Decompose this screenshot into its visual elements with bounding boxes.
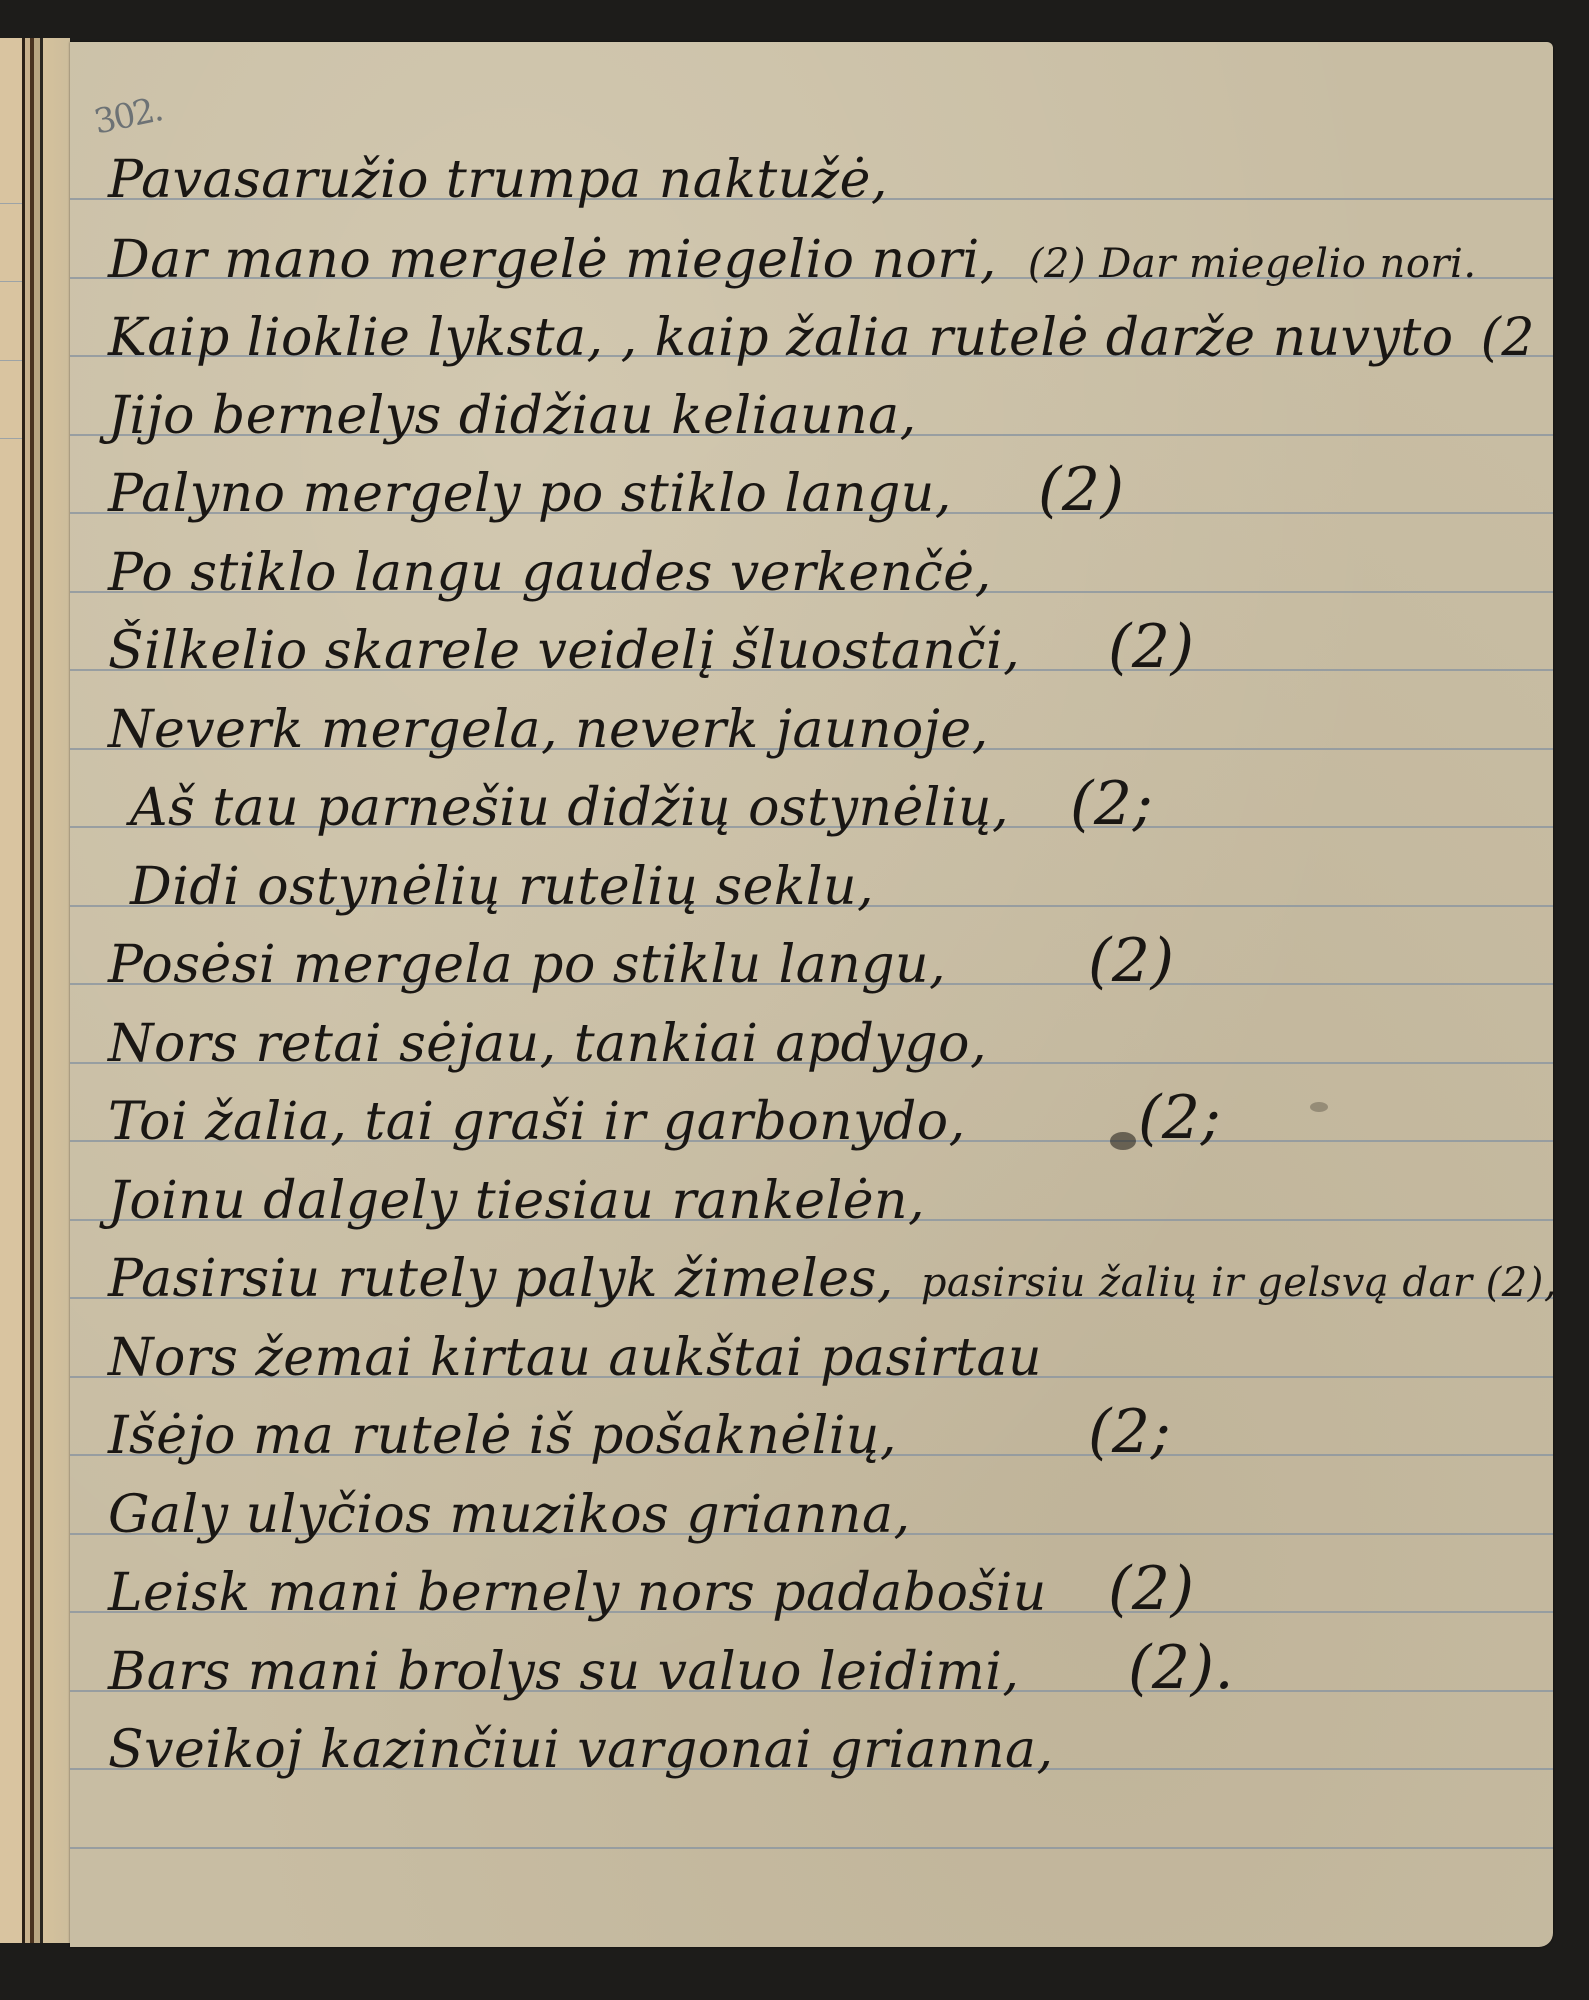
verse-line: Išėjo ma rutelė iš pošaknėlių, (2; xyxy=(108,1410,1208,1462)
verse-line: Pavasaružio trumpa naktužė, xyxy=(108,154,888,206)
verse-line: Jijo bernelys didžiau keliauna, xyxy=(108,390,917,442)
verse-line: Nors žemai kirtau aukštai pasirtau xyxy=(108,1332,1042,1384)
verse-text: Dar mano mergelė miegelio nori, xyxy=(108,230,997,290)
verse-line: Neverk mergela, neverk jaunoje, xyxy=(108,704,989,756)
verse-line: Palyno mergely po stiklo langu, (2) xyxy=(108,468,1208,520)
refrain-mark: (2; xyxy=(1070,774,1153,834)
refrain-mark: (2). xyxy=(1128,1638,1234,1698)
verse-text: Leisk mani bernely nors padabošiu xyxy=(108,1563,1047,1623)
verse-line: Joinu dalgely tiesiau rankelėn, xyxy=(108,1175,925,1227)
refrain-mark: (2; xyxy=(1088,1402,1171,1462)
rule-line xyxy=(70,1847,1553,1849)
refrain-mark: (2) xyxy=(1088,931,1175,991)
verse-text: Nors retai sėjau, tankiai apdygo, xyxy=(108,1014,987,1074)
verse-text: Galy ulyčios muzikos grianna, xyxy=(108,1485,911,1545)
refrain-mark: (2) Dar miegelio nori. xyxy=(1028,241,1477,287)
refrain-mark: pasirsiu žalių ir gelsvą dar (2), xyxy=(921,1260,1557,1306)
ink-smudge xyxy=(1110,1132,1136,1150)
ink-smudge xyxy=(1310,1102,1328,1112)
verse-text: Palyno mergely po stiklo langu, xyxy=(108,464,952,524)
verse-line: Posėsi mergela po stiklu langu, (2) xyxy=(108,939,1208,991)
verse-line: Leisk mani bernely nors padabošiu (2) xyxy=(108,1567,1208,1619)
verse-line: Po stiklo langu gaudes verkenčė, xyxy=(108,547,992,599)
facing-rule-line xyxy=(0,281,22,282)
verse-text: Bars mani brolys su valuo leidimi, xyxy=(108,1642,1019,1702)
verse-line: Toi žalia, tai graši ir garbonydo, (2; xyxy=(108,1096,1208,1148)
refrain-mark: (2) xyxy=(1108,617,1195,677)
verse-line: Galy ulyčios muzikos grianna, xyxy=(108,1489,911,1541)
verse-line: Pasirsiu rutely palyk žimeles, pasirsiu … xyxy=(108,1253,1557,1305)
verse-line: Nors retai sėjau, tankiai apdygo, xyxy=(108,1018,987,1070)
verse-text: Didi ostynėlių rutelių seklu, xyxy=(130,857,874,917)
verse-text: Nors žemai kirtau aukštai pasirtau xyxy=(108,1328,1042,1388)
verse-text: Sveikoj kazinčiui vargonai grianna, xyxy=(108,1720,1054,1780)
verse-text: Išėjo ma rutelė iš pošaknėlių, xyxy=(108,1406,897,1466)
refrain-mark: (2) xyxy=(1108,1559,1195,1619)
verse-text: Šilkelio skarele veidelį šluostanči, xyxy=(108,621,1020,681)
verse-text: Aš tau parnešiu didžių ostynėlių, xyxy=(130,778,1009,838)
verse-text: Toi žalia, tai graši ir garbonydo, xyxy=(108,1092,966,1152)
facing-rule-line xyxy=(0,360,22,361)
verse-line: Kaip lioklie lyksta, , kaip žalia rutelė… xyxy=(108,312,1535,364)
verse-text: Jijo bernelys didžiau keliauna, xyxy=(108,386,917,446)
verse-line: Didi ostynėlių rutelių seklu, xyxy=(130,861,874,913)
refrain-mark: (2; xyxy=(1138,1088,1221,1148)
verse-text: Joinu dalgely tiesiau rankelėn, xyxy=(108,1171,925,1231)
verse-line: Dar mano mergelė miegelio nori, (2) Dar … xyxy=(108,234,1477,286)
book-binding xyxy=(22,38,70,1943)
verse-line: Aš tau parnešiu didžių ostynėlių, (2; xyxy=(130,782,1230,834)
verse-text: Po stiklo langu gaudes verkenčė, xyxy=(108,543,992,603)
verse-text: Kaip lioklie lyksta, , kaip žalia rutelė… xyxy=(108,308,1454,368)
folio-number: 302. xyxy=(91,89,166,142)
verse-line: Sveikoj kazinčiui vargonai grianna, xyxy=(108,1724,1054,1776)
verse-text: Neverk mergela, neverk jaunoje, xyxy=(108,700,989,760)
facing-rule-line xyxy=(0,438,22,439)
refrain-mark: (2 xyxy=(1481,308,1535,368)
refrain-mark: (2) xyxy=(1038,460,1125,520)
verse-line: Šilkelio skarele veidelį šluostanči, (2) xyxy=(108,625,1208,677)
verse-line: Bars mani brolys su valuo leidimi, (2). xyxy=(108,1646,1208,1698)
verse-text: Pavasaružio trumpa naktužė, xyxy=(108,150,888,210)
facing-rule-line xyxy=(0,203,22,204)
verse-text: Posėsi mergela po stiklu langu, xyxy=(108,935,946,995)
manuscript-page: 302. Pavasaružio trumpa naktužė, Dar man… xyxy=(70,42,1553,1947)
verse-text: Pasirsiu rutely palyk žimeles, xyxy=(108,1249,894,1309)
